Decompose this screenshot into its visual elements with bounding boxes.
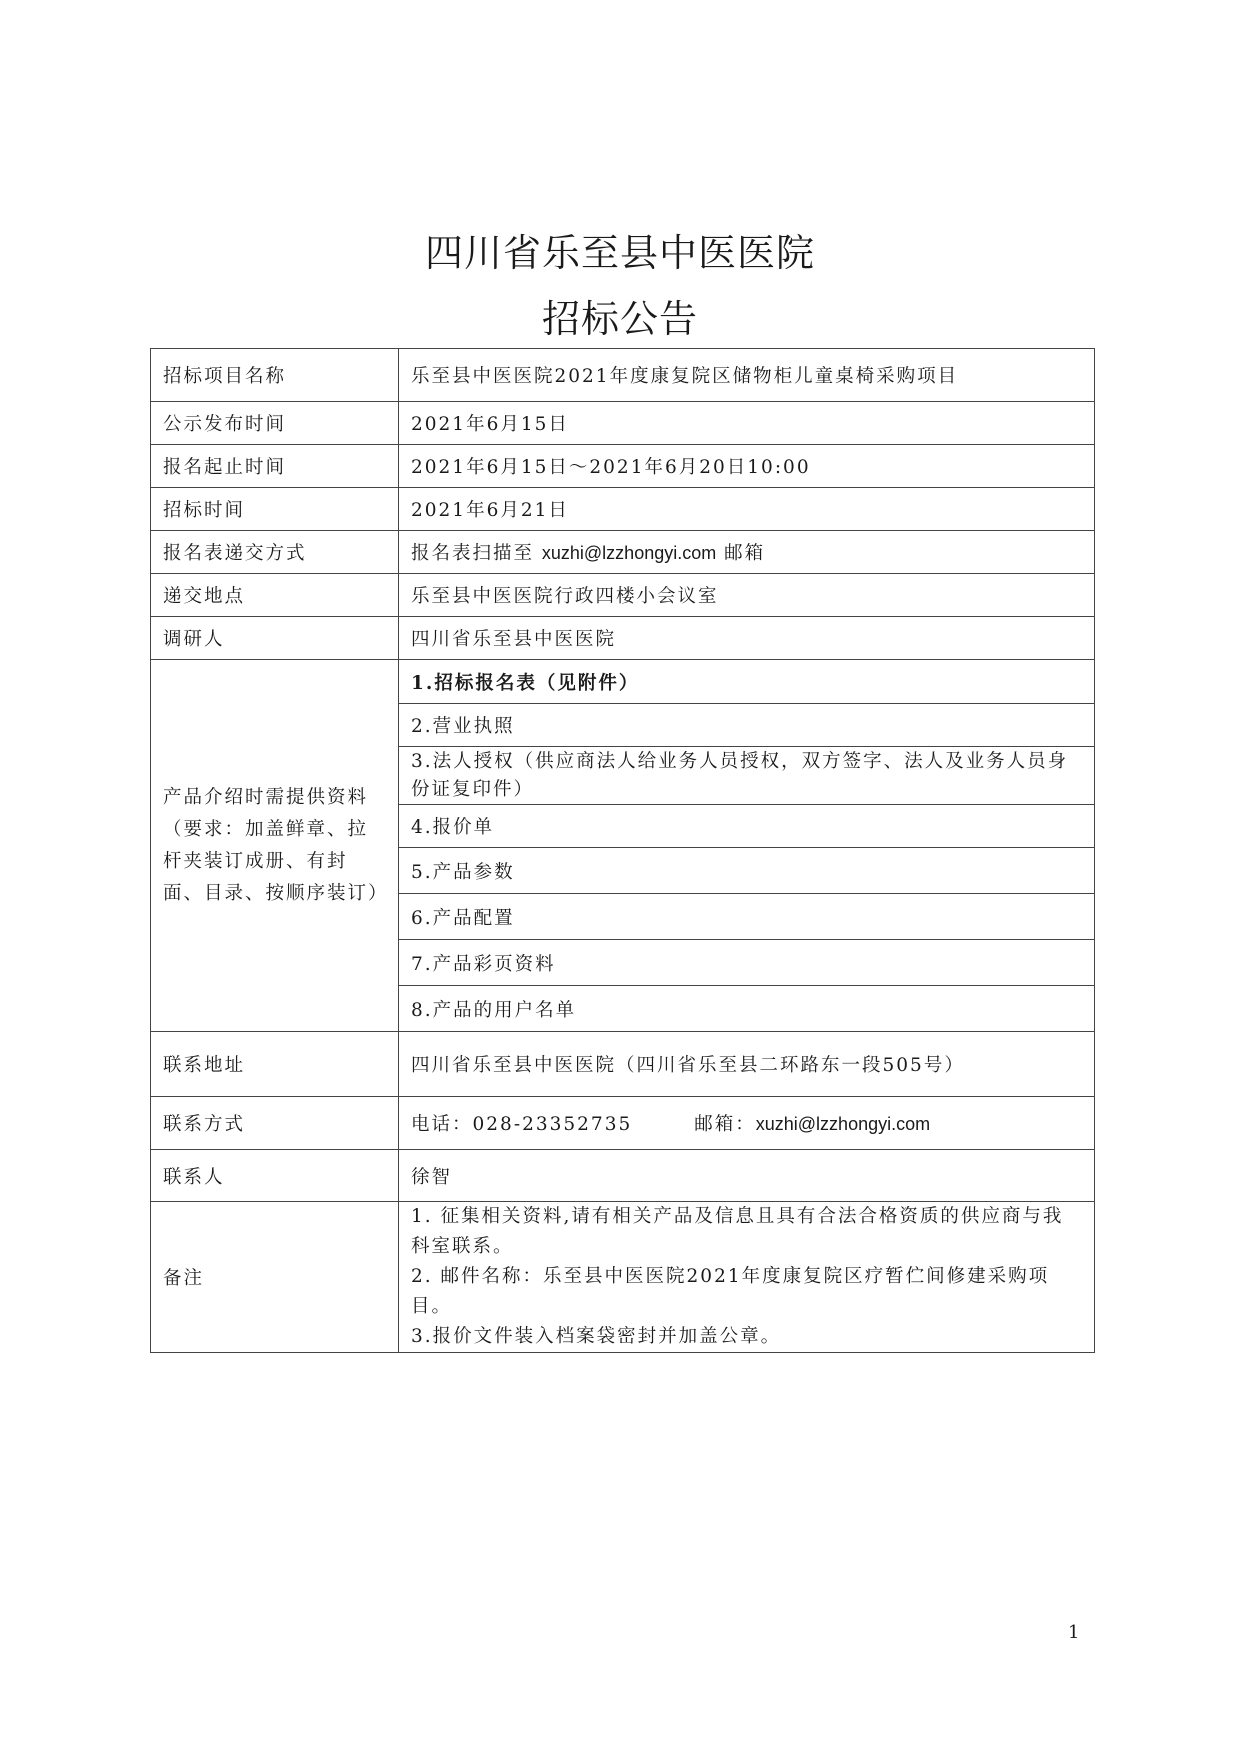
submission-email-link[interactable]: xuzhi@lzzhongyi.com (542, 543, 716, 563)
project-name-value: 乐至县中医医院2021年度康复院区储物柜儿童桌椅采购项目 (399, 349, 1095, 402)
table-row: 联系方式 电话：028-23352735邮箱：xuzhi@lzzhongyi.c… (151, 1097, 1095, 1150)
table-row: 招标时间 2021年6月21日 (151, 488, 1095, 531)
note-item: 3.报价文件装入档案袋密封并加盖公章。 (411, 1322, 1082, 1352)
table-row: 调研人 四川省乐至县中医医院 (151, 617, 1095, 660)
row-label: 公示发布时间 (151, 402, 399, 445)
row-label: 招标时间 (151, 488, 399, 531)
row-label: 招标项目名称 (151, 349, 399, 402)
table-row: 报名表递交方式 报名表扫描至 xuzhi@lzzhongyi.com 邮箱 (151, 531, 1095, 574)
row-label: 递交地点 (151, 574, 399, 617)
row-label: 报名表递交方式 (151, 531, 399, 574)
submission-method-value: 报名表扫描至 xuzhi@lzzhongyi.com 邮箱 (399, 531, 1095, 574)
row-label: 联系方式 (151, 1097, 399, 1150)
note-item: 1. 征集相关资料,请有相关产品及信息且具有合法合格资质的供应商与我科室联系。 (411, 1202, 1082, 1262)
organization-title: 四川省乐至县中医医院 (0, 222, 1240, 277)
table-row: 联系地址 四川省乐至县中医医院（四川省乐至县二环路东一段505号） (151, 1032, 1095, 1097)
contact-email-link[interactable]: xuzhi@lzzhongyi.com (756, 1114, 930, 1134)
submission-suffix: 邮箱 (716, 543, 765, 564)
row-label: 联系地址 (151, 1032, 399, 1097)
phone-number: 028-23352735 (473, 1114, 633, 1135)
notes-value: 1. 征集相关资料,请有相关产品及信息且具有合法合格资质的供应商与我科室联系。 … (399, 1202, 1095, 1353)
submission-prefix: 报名表扫描至 (411, 543, 542, 564)
materials-label: 产品介绍时需提供资料（要求：加盖鲜章、拉杆夹装订成册、有封面、目录、按顺序装订） (151, 660, 399, 1032)
contact-method-value: 电话：028-23352735邮箱：xuzhi@lzzhongyi.com (399, 1097, 1095, 1150)
researcher-value: 四川省乐至县中医医院 (399, 617, 1095, 660)
material-item: 2.营业执照 (399, 704, 1095, 747)
table-row: 公示发布时间 2021年6月15日 (151, 402, 1095, 445)
table-row: 递交地点 乐至县中医医院行政四楼小会议室 (151, 574, 1095, 617)
phone-label: 电话： (411, 1114, 473, 1135)
row-label: 备注 (151, 1202, 399, 1353)
row-label: 调研人 (151, 617, 399, 660)
note-item: 2. 邮件名称：乐至县中医医院2021年度康复院区疗暂伫间修建采购项目。 (411, 1262, 1082, 1322)
material-item: 4.报价单 (399, 805, 1095, 848)
material-item: 1.招标报名表（见附件） (399, 660, 1095, 704)
tender-info-table: 招标项目名称 乐至县中医医院2021年度康复院区储物柜儿童桌椅采购项目 公示发布… (150, 348, 1095, 1353)
email-label: 邮箱： (694, 1114, 756, 1135)
submission-location-value: 乐至县中医医院行政四楼小会议室 (399, 574, 1095, 617)
table-row: 备注 1. 征集相关资料,请有相关产品及信息且具有合法合格资质的供应商与我科室联… (151, 1202, 1095, 1353)
registration-period-value: 2021年6月15日～2021年6月20日10:00 (399, 445, 1095, 488)
table-row: 招标项目名称 乐至县中医医院2021年度康复院区储物柜儿童桌椅采购项目 (151, 349, 1095, 402)
table-row: 产品介绍时需提供资料（要求：加盖鲜章、拉杆夹装订成册、有封面、目录、按顺序装订）… (151, 660, 1095, 704)
page-number: 1 (1068, 1622, 1079, 1643)
row-label: 联系人 (151, 1150, 399, 1202)
material-item: 6.产品配置 (399, 894, 1095, 940)
row-label: 报名起止时间 (151, 445, 399, 488)
table-row: 报名起止时间 2021年6月15日～2021年6月20日10:00 (151, 445, 1095, 488)
material-item: 3.法人授权（供应商法人给业务人员授权，双方签字、法人及业务人员身份证复印件） (399, 747, 1095, 805)
publish-date-value: 2021年6月15日 (399, 402, 1095, 445)
contact-address-value: 四川省乐至县中医医院（四川省乐至县二环路东一段505号） (399, 1032, 1095, 1097)
material-item: 5.产品参数 (399, 848, 1095, 894)
material-item: 7.产品彩页资料 (399, 940, 1095, 986)
material-item: 8.产品的用户名单 (399, 986, 1095, 1032)
contact-person-value: 徐智 (399, 1150, 1095, 1202)
bid-date-value: 2021年6月21日 (399, 488, 1095, 531)
document-title: 招标公告 (0, 288, 1240, 343)
table-row: 联系人 徐智 (151, 1150, 1095, 1202)
